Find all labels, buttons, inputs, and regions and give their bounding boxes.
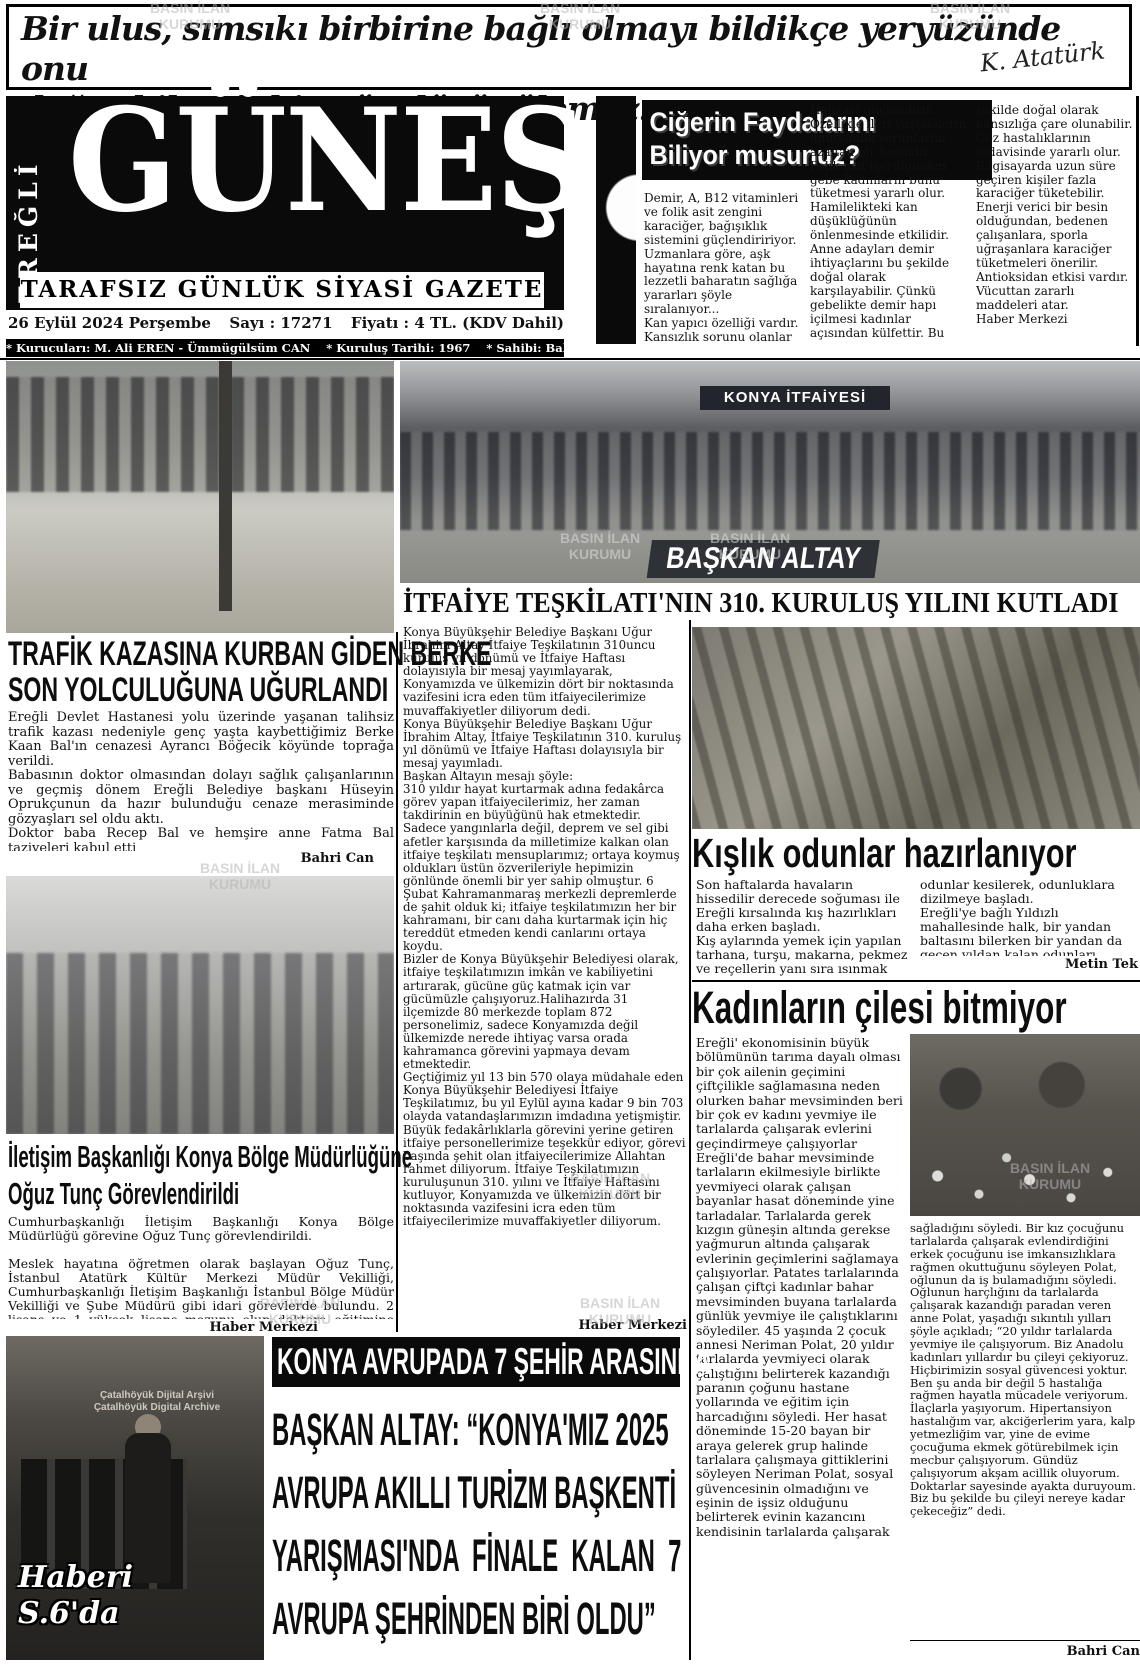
liver-article-col1: Demir, A, B12 vitaminleri ve folik asit … <box>644 192 802 344</box>
kadinlar-byline: Bahri Can <box>910 1644 1140 1659</box>
iletisim-body: Cumhurbaşkanlığı İletişim Başkanlığı Kon… <box>8 1215 394 1319</box>
kadinlar-col2: sağladığını söyledi. Bir kız çocuğunu ta… <box>910 1222 1140 1636</box>
funeral-photo <box>6 361 394 633</box>
iletisim-byline: Haber Merkezi <box>8 1320 318 1335</box>
kadinlar-byline-rule <box>910 1640 1140 1641</box>
firefighters-texture <box>400 432 1140 530</box>
kadinlar-headline: Kadınların çilesi bitmiyor <box>692 985 1067 1031</box>
itfaiye-headline: İTFAİYE TEŞKİLATI'NIN 310. KURULUŞ YILIN… <box>403 586 1119 620</box>
liver-article-col3: şekilde doğal olarak kansızlığa çare olu… <box>976 104 1134 344</box>
museum-photo: Çatalhöyük Dijital Arşivi Çatalhöyük Dig… <box>6 1336 264 1660</box>
field-workers-photo <box>910 1034 1140 1216</box>
konya-banner-text: KONYA AVRUPADA 7 ŞEHİR ARASINDA <box>272 1337 525 1387</box>
trafik-byline: Bahri Can <box>8 851 374 866</box>
founders-bar: * Kurucuları: M. Ali EREN - Ümmügülsüm C… <box>6 339 564 357</box>
itfaiye-body: Konya Büyükşehir Belediye Başkanı Uğur İ… <box>403 626 687 1316</box>
masthead-subtitle: TARAFSIZ GÜNLÜK SİYASİ GAZETE <box>20 272 544 308</box>
konya-banner: KONYA AVRUPADA 7 ŞEHİR ARASINDA <box>272 1337 680 1387</box>
header-rule <box>0 358 1140 360</box>
haberi-badge: Haberi S.6'da <box>18 1560 133 1632</box>
office-group-photo <box>6 876 394 1134</box>
fire-truck-sign: KONYA İTFAİYESİ <box>700 386 890 410</box>
museum-sign: Çatalhöyük Dijital Arşivi Çatalhöyük Dig… <box>82 1390 232 1414</box>
konya-headline: BAŞKAN ALTAY: “KONYA'MIZ 2025 AVRUPA AKI… <box>272 1398 681 1650</box>
logs-texture <box>692 627 1140 829</box>
itfaiye-byline: Haber Merkezi <box>403 1318 687 1333</box>
baskan-altay-label: BAŞKAN ALTAY <box>647 540 880 578</box>
masthead-title: GÜNEŞ <box>68 90 586 232</box>
trafik-body: Ereğli Devlet Hastanesi yolu üzerinde ya… <box>8 711 394 851</box>
column-rule-left <box>396 632 398 1332</box>
issue-price: Fiyatı : 4 TL. (KDV Dahil) <box>351 314 564 332</box>
issue-info-row: 26 Eylül 2024 Perşembe Sayı : 17271 Fiya… <box>8 314 564 332</box>
issue-number: Sayı : 17271 <box>229 314 332 332</box>
right-edge-rule <box>1136 96 1139 346</box>
liver-article-col2: Hafızayı güçlendirir. Özellikle ileri ya… <box>810 104 968 344</box>
wood-cutting-photo <box>692 627 1140 829</box>
kadinlar-col1: Ereğli' ekonomisinin büyük bölümünün tar… <box>696 1036 904 1660</box>
masthead: EREĞLİ GÜNEŞ TARAFSIZ GÜNLÜK SİYASİ GAZE… <box>6 96 564 310</box>
kislik-byline: Metin Tek <box>920 957 1138 972</box>
crowd-texture <box>6 377 394 491</box>
pole-silhouette <box>219 361 232 611</box>
kislik-headline: Kışlık odunlar hazırlanıyor <box>692 832 1076 874</box>
liver-photo <box>596 96 636 344</box>
newspaper-front-page: Bir ulus, sımsıkı birbirine bağlı olmayı… <box>0 0 1140 1664</box>
issue-date: 26 Eylül 2024 Perşembe <box>8 314 211 332</box>
kislik-col1: Son haftalarda havaların hissedilir dere… <box>696 878 908 978</box>
kislik-col2: odunlar kesilerek, odunluklara dizilmeye… <box>920 878 1140 956</box>
people-texture <box>6 953 394 1134</box>
iletisim-headline: İletişim Başkanlığı Konya Bölge Müdürlüğ… <box>8 1138 412 1212</box>
column-rule-mid <box>689 620 691 1660</box>
